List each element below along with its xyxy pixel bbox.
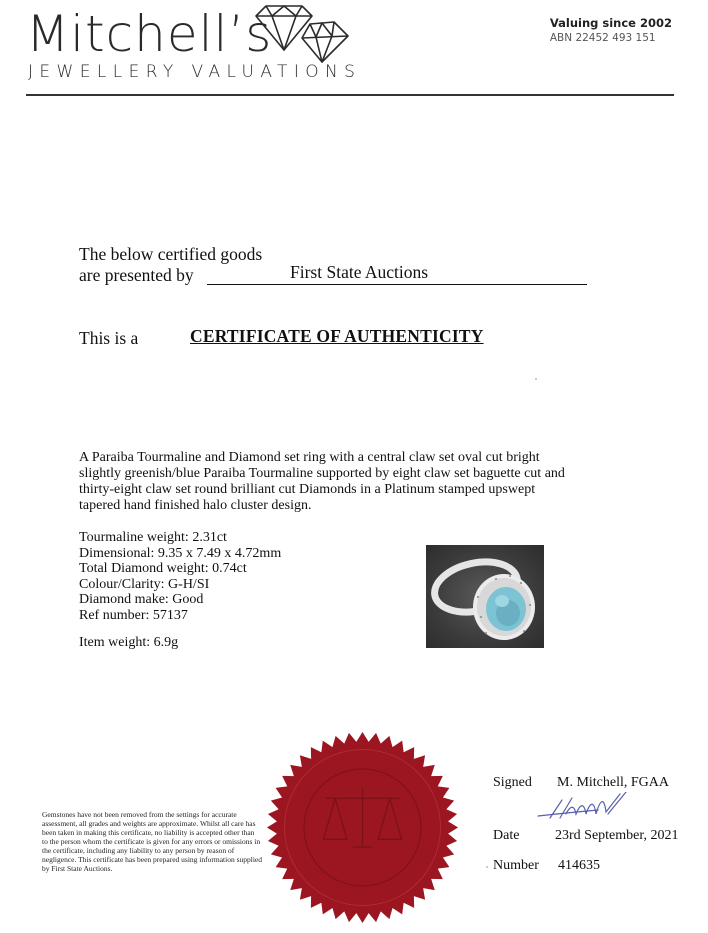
scan-speck — [486, 866, 488, 868]
disclaimer: Gemstones have not been removed from the… — [42, 810, 262, 873]
spec-diamond-make: Diamond make: Good — [79, 592, 281, 608]
spec-tourmaline-weight: Tourmaline weight: 2.31ct — [79, 530, 281, 546]
brand-subtitle: JEWELLERY VALUATIONS — [28, 62, 361, 82]
brand-name: Mitchell’s — [26, 4, 272, 64]
date-value: 23rd September, 2021 — [555, 828, 678, 844]
item-description: A Paraiba Tourmaline and Diamond set rin… — [79, 450, 579, 514]
item-weight: Item weight: 6.9g — [79, 635, 178, 651]
certificate-prefix: This is a — [79, 328, 138, 349]
presenter-name: First State Auctions — [290, 262, 428, 283]
ring-icon — [426, 545, 544, 648]
number-value: 414635 — [558, 858, 600, 874]
signed-value: M. Mitchell, FGAA — [557, 775, 669, 791]
number-label: Number — [493, 858, 539, 874]
company-info: Valuing since 2002 ABN 22452 493 151 — [550, 16, 672, 44]
intro-line-1: The below certified goods — [79, 244, 262, 265]
abn: ABN 22452 493 151 — [550, 32, 672, 44]
date-label: Date — [493, 828, 519, 844]
signature — [536, 792, 636, 822]
spec-colour-clarity: Colour/Clarity: G-H/SI — [79, 577, 281, 593]
scan-speck — [535, 378, 537, 380]
header-divider — [26, 94, 674, 96]
signed-label: Signed — [493, 775, 532, 791]
red-seal — [265, 730, 460, 925]
spec-dimensions: Dimensional: 9.35 x 7.49 x 4.72mm — [79, 546, 281, 562]
tagline: Valuing since 2002 — [550, 16, 672, 30]
spec-list: Tourmaline weight: 2.31ct Dimensional: 9… — [79, 530, 281, 623]
spec-diamond-weight: Total Diamond weight: 0.74ct — [79, 561, 281, 577]
diamonds-icon — [252, 4, 352, 64]
certificate-title: CERTIFICATE OF AUTHENTICITY — [190, 326, 484, 347]
ring-photo — [426, 545, 544, 648]
spec-ref-number: Ref number: 57137 — [79, 608, 281, 624]
